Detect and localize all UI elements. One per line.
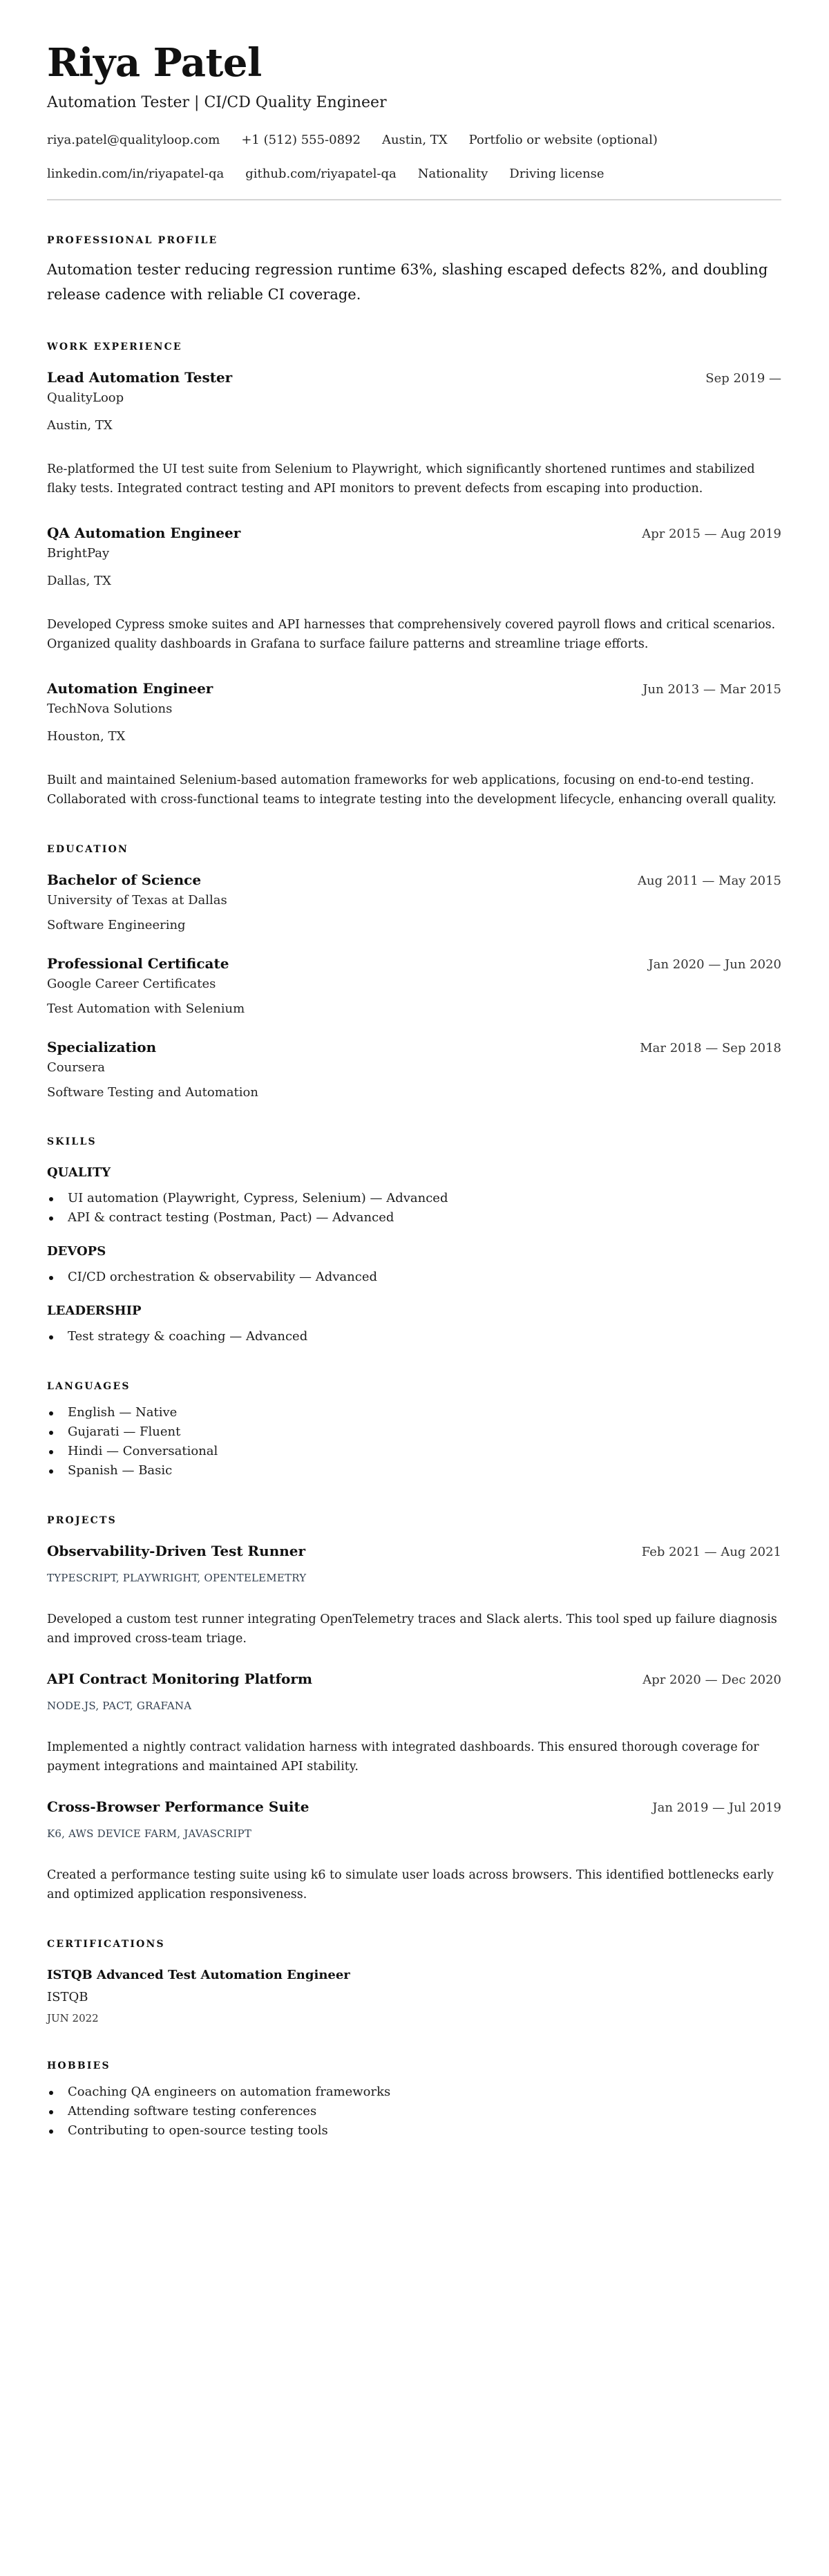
language-item: Hindi — Conversational <box>47 1442 781 1461</box>
education-entry: Professional Certificate Jan 2020 — Jun … <box>47 954 781 1018</box>
candidate-headline: Automation Tester | CI/CD Quality Engine… <box>47 93 781 113</box>
section-skills: Skills QUALITY UI automation (Playwright… <box>47 1135 781 1346</box>
job-company: QualityLoop <box>47 389 781 407</box>
skill-category: DEVOPS <box>47 1243 781 1261</box>
work-entry: Automation Engineer Jun 2013 — Mar 2015 … <box>47 679 781 809</box>
skill-item: API & contract testing (Postman, Pact) —… <box>47 1208 781 1228</box>
contact-row-secondary: linkedin.com/in/riyapatel-qa github.com/… <box>47 165 781 183</box>
section-title-profile: Professional Profile <box>47 234 781 247</box>
section-projects: Projects Observability-Driven Test Runne… <box>47 1514 781 1904</box>
header-divider <box>47 199 781 200</box>
job-description: Built and maintained Selenium-based auto… <box>47 771 781 809</box>
contact-portfolio[interactable]: Portfolio or website (optional) <box>469 131 658 149</box>
education-entry: Bachelor of Science Aug 2011 — May 2015 … <box>47 870 781 934</box>
contact-github[interactable]: github.com/riyapatel-qa <box>245 165 397 183</box>
certification-issuer: ISTQB <box>47 1989 781 2006</box>
education-institution: Google Career Certificates <box>47 975 781 993</box>
job-company: BrightPay <box>47 545 781 563</box>
job-description: Developed Cypress smoke suites and API h… <box>47 615 781 654</box>
job-title: QA Automation Engineer <box>47 523 240 543</box>
project-description: Developed a custom test runner integrati… <box>47 1610 781 1648</box>
section-title-projects: Projects <box>47 1514 781 1527</box>
section-title-hobbies: Hobbies <box>47 2059 781 2073</box>
section-hobbies: Hobbies Coaching QA engineers on automat… <box>47 2059 781 2141</box>
contact-location: Austin, TX <box>382 131 448 149</box>
section-title-certifications: Certifications <box>47 1937 781 1951</box>
education-field: Software Engineering <box>47 916 781 934</box>
section-title-skills: Skills <box>47 1135 781 1149</box>
project-entry: Cross-Browser Performance Suite Jan 2019… <box>47 1797 781 1904</box>
language-item: English — Native <box>47 1403 781 1422</box>
hobby-item: Attending software testing conferences <box>47 2102 781 2121</box>
certification-name: ISTQB Advanced Test Automation Engineer <box>47 1966 781 1984</box>
language-item: Gujarati — Fluent <box>47 1422 781 1442</box>
contact-nationality: Nationality <box>418 165 488 183</box>
project-description: Created a performance testing suite usin… <box>47 1865 781 1904</box>
skill-item: Test strategy & coaching — Advanced <box>47 1327 781 1346</box>
skill-item: CI/CD orchestration & observability — Ad… <box>47 1268 781 1287</box>
skill-group-quality: QUALITY UI automation (Playwright, Cypre… <box>47 1164 781 1228</box>
project-dates: Feb 2021 — Aug 2021 <box>642 1543 781 1561</box>
project-entry: Observability-Driven Test Runner Feb 202… <box>47 1541 781 1648</box>
education-dates: Aug 2011 — May 2015 <box>638 872 781 890</box>
job-company: TechNova Solutions <box>47 700 781 718</box>
education-dates: Mar 2018 — Sep 2018 <box>640 1040 781 1057</box>
contact-info: riya.patel@qualityloop.com +1 (512) 555-… <box>47 131 781 183</box>
work-entry: QA Automation Engineer Apr 2015 — Aug 20… <box>47 523 781 654</box>
language-list: English — Native Gujarati — Fluent Hindi… <box>47 1403 781 1480</box>
degree-title: Professional Certificate <box>47 954 229 973</box>
hobby-list: Coaching QA engineers on automation fram… <box>47 2083 781 2141</box>
skill-group-leadership: LEADERSHIP Test strategy & coaching — Ad… <box>47 1302 781 1346</box>
skill-list: CI/CD orchestration & observability — Ad… <box>47 1268 781 1287</box>
education-field: Test Automation with Selenium <box>47 1000 781 1018</box>
section-profile: Professional Profile Automation tester r… <box>47 234 781 307</box>
project-tech-stack: NODE.JS, PACT, GRAFANA <box>47 1698 781 1714</box>
contact-driving-license: Driving license <box>509 165 604 183</box>
profile-summary: Automation tester reducing regression ru… <box>47 257 781 307</box>
section-education: Education Bachelor of Science Aug 2011 —… <box>47 843 781 1102</box>
project-description: Implemented a nightly contract validatio… <box>47 1738 781 1776</box>
work-entry: Lead Automation Tester Sep 2019 — Qualit… <box>47 368 781 498</box>
job-dates: Jun 2013 — Mar 2015 <box>642 681 781 699</box>
skill-list: Test strategy & coaching — Advanced <box>47 1327 781 1346</box>
section-title-work: Work Experience <box>47 340 781 354</box>
project-name: API Contract Monitoring Platform <box>47 1669 312 1689</box>
project-tech-stack: TYPESCRIPT, PLAYWRIGHT, OPENTELEMETRY <box>47 1570 781 1586</box>
job-dates: Apr 2015 — Aug 2019 <box>642 525 781 543</box>
job-location: Austin, TX <box>47 417 781 435</box>
education-institution: University of Texas at Dallas <box>47 892 781 910</box>
education-dates: Jan 2020 — Jun 2020 <box>649 956 781 974</box>
hobby-item: Contributing to open-source testing tool… <box>47 2121 781 2141</box>
education-entry: Specialization Mar 2018 — Sep 2018 Cours… <box>47 1037 781 1102</box>
job-dates: Sep 2019 — <box>705 370 781 388</box>
section-work-experience: Work Experience Lead Automation Tester S… <box>47 340 781 809</box>
job-location: Dallas, TX <box>47 572 781 590</box>
project-tech-stack: K6, AWS DEVICE FARM, JAVASCRIPT <box>47 1825 781 1842</box>
contact-linkedin[interactable]: linkedin.com/in/riyapatel-qa <box>47 165 224 183</box>
project-dates: Jan 2019 — Jul 2019 <box>652 1799 781 1817</box>
certification-entry: ISTQB Advanced Test Automation Engineer … <box>47 1966 781 2026</box>
education-field: Software Testing and Automation <box>47 1084 781 1102</box>
hobby-item: Coaching QA engineers on automation fram… <box>47 2083 781 2102</box>
project-name: Observability-Driven Test Runner <box>47 1541 305 1561</box>
contact-row-primary: riya.patel@qualityloop.com +1 (512) 555-… <box>47 131 781 149</box>
section-title-languages: Languages <box>47 1380 781 1393</box>
degree-title: Bachelor of Science <box>47 870 201 890</box>
skill-list: UI automation (Playwright, Cypress, Sele… <box>47 1189 781 1228</box>
degree-title: Specialization <box>47 1037 156 1057</box>
project-dates: Apr 2020 — Dec 2020 <box>642 1671 781 1689</box>
job-title: Automation Engineer <box>47 679 213 698</box>
project-entry: API Contract Monitoring Platform Apr 202… <box>47 1669 781 1776</box>
job-description: Re-platformed the UI test suite from Sel… <box>47 460 781 498</box>
language-item: Spanish — Basic <box>47 1461 781 1480</box>
skill-category: QUALITY <box>47 1164 781 1182</box>
candidate-name: Riya Patel <box>47 40 781 86</box>
contact-email[interactable]: riya.patel@qualityloop.com <box>47 131 220 149</box>
education-institution: Coursera <box>47 1059 781 1077</box>
skill-category: LEADERSHIP <box>47 1302 781 1320</box>
resume-page: Riya Patel Automation Tester | CI/CD Qua… <box>0 0 829 2182</box>
certification-date: JUN 2022 <box>47 2011 781 2026</box>
project-name: Cross-Browser Performance Suite <box>47 1797 309 1816</box>
job-location: Houston, TX <box>47 728 781 746</box>
contact-phone[interactable]: +1 (512) 555-0892 <box>241 131 361 149</box>
section-title-education: Education <box>47 843 781 856</box>
skill-item: UI automation (Playwright, Cypress, Sele… <box>47 1189 781 1208</box>
skill-group-devops: DEVOPS CI/CD orchestration & observabili… <box>47 1243 781 1287</box>
resume-header: Riya Patel Automation Tester | CI/CD Qua… <box>47 40 781 200</box>
job-title: Lead Automation Tester <box>47 368 232 387</box>
section-languages: Languages English — Native Gujarati — Fl… <box>47 1380 781 1480</box>
section-certifications: Certifications ISTQB Advanced Test Autom… <box>47 1937 781 2026</box>
